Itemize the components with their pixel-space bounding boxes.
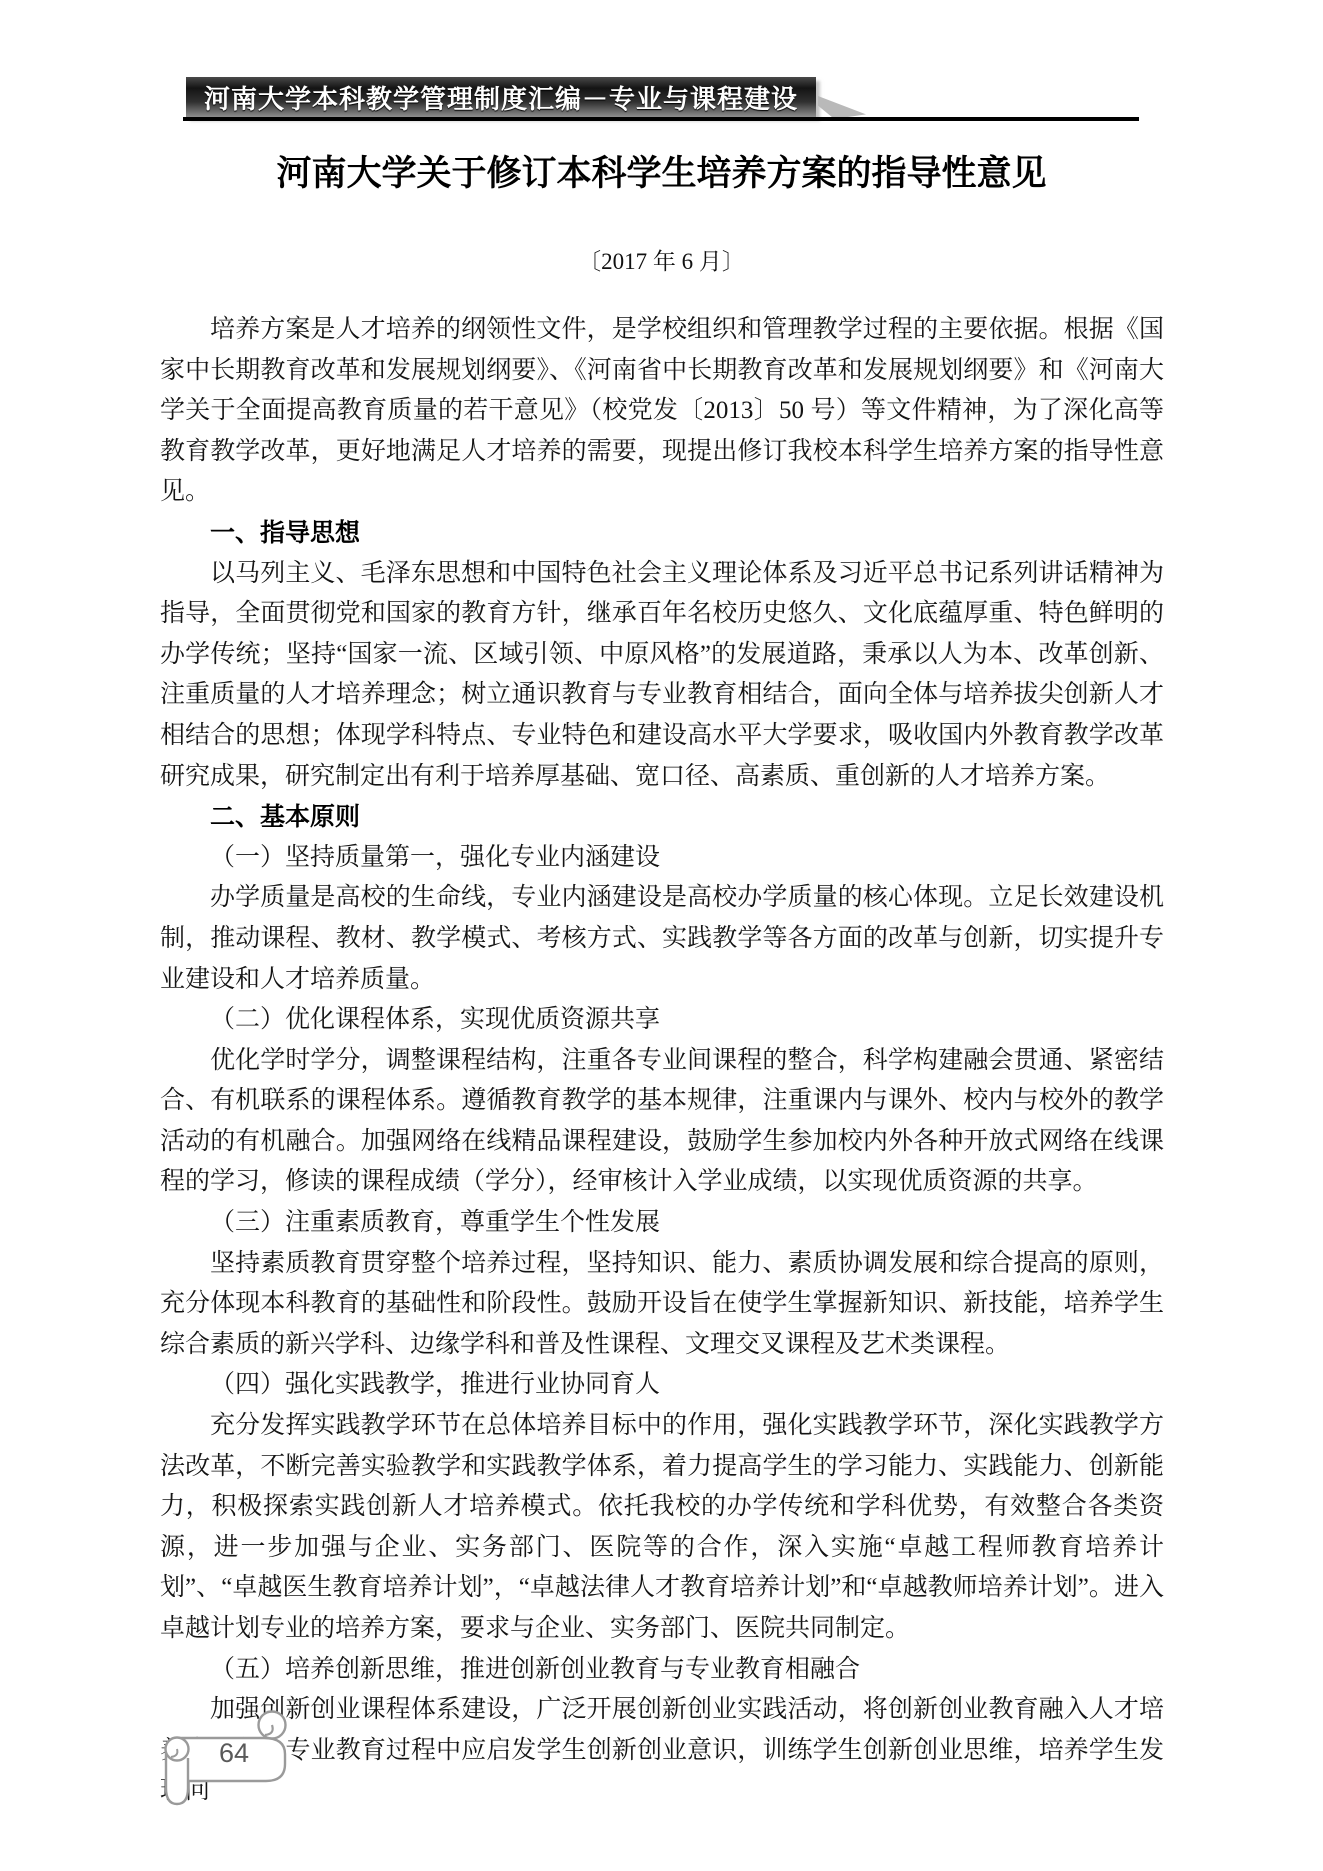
header-banner-title: 河南大学本科教学管理制度汇编－专业与课程建设 bbox=[204, 79, 798, 116]
document-page: 河南大学本科教学管理制度汇编－专业与课程建设 河南大学关于修订本科学生培养方案的… bbox=[0, 0, 1323, 1871]
section-heading: 二、基本原则 bbox=[160, 797, 1164, 838]
paragraph: 优化学时学分，调整课程结构，注重各专业间课程的整合，科学构建融会贯通、紧密结合、… bbox=[160, 1041, 1164, 1203]
page-number-scroll: 64 bbox=[160, 1708, 292, 1810]
paragraph: 办学质量是高校的生命线，专业内涵建设是高校办学质量的核心体现。立足长效建设机制，… bbox=[160, 878, 1164, 1000]
sub-section-heading: （五）培养创新思维，推进创新创业教育与专业教育相融合 bbox=[160, 1650, 1164, 1691]
section-heading: 一、指导思想 bbox=[160, 513, 1164, 554]
header-rule bbox=[183, 117, 1139, 121]
page-title: 河南大学关于修订本科学生培养方案的指导性意见 bbox=[0, 146, 1323, 196]
banner-arrow-icon bbox=[818, 96, 866, 119]
document-body: 培养方案是人才培养的纲领性文件，是学校组织和管理教学过程的主要依据。根据《国家中… bbox=[160, 310, 1164, 1812]
sub-section-heading: （二）优化课程体系，实现优质资源共享 bbox=[160, 1000, 1164, 1041]
sub-section-heading: （四）强化实践教学，推进行业协同育人 bbox=[160, 1365, 1164, 1406]
paragraph: 加强创新创业课程体系建设，广泛开展创新创业实践活动，将创新创业教育融入人才培养全… bbox=[160, 1690, 1164, 1812]
paragraph: 以马列主义、毛泽东思想和中国特色社会主义理论体系及习近平总书记系列讲话精神为指导… bbox=[160, 554, 1164, 798]
paragraph: 充分发挥实践教学环节在总体培养目标中的作用，强化实践教学环节，深化实践教学方法改… bbox=[160, 1406, 1164, 1650]
paragraph: 坚持素质教育贯穿整个培养过程，坚持知识、能力、素质协调发展和综合提高的原则，充分… bbox=[160, 1244, 1164, 1366]
header-banner: 河南大学本科教学管理制度汇编－专业与课程建设 bbox=[186, 77, 816, 117]
sub-section-heading: （三）注重素质教育，尊重学生个性发展 bbox=[160, 1203, 1164, 1244]
page-number: 64 bbox=[204, 1738, 264, 1769]
document-date: 〔2017 年 6 月〕 bbox=[0, 243, 1323, 276]
sub-section-heading: （一）坚持质量第一，强化专业内涵建设 bbox=[160, 838, 1164, 879]
paragraph: 培养方案是人才培养的纲领性文件，是学校组织和管理教学过程的主要依据。根据《国家中… bbox=[160, 310, 1164, 513]
